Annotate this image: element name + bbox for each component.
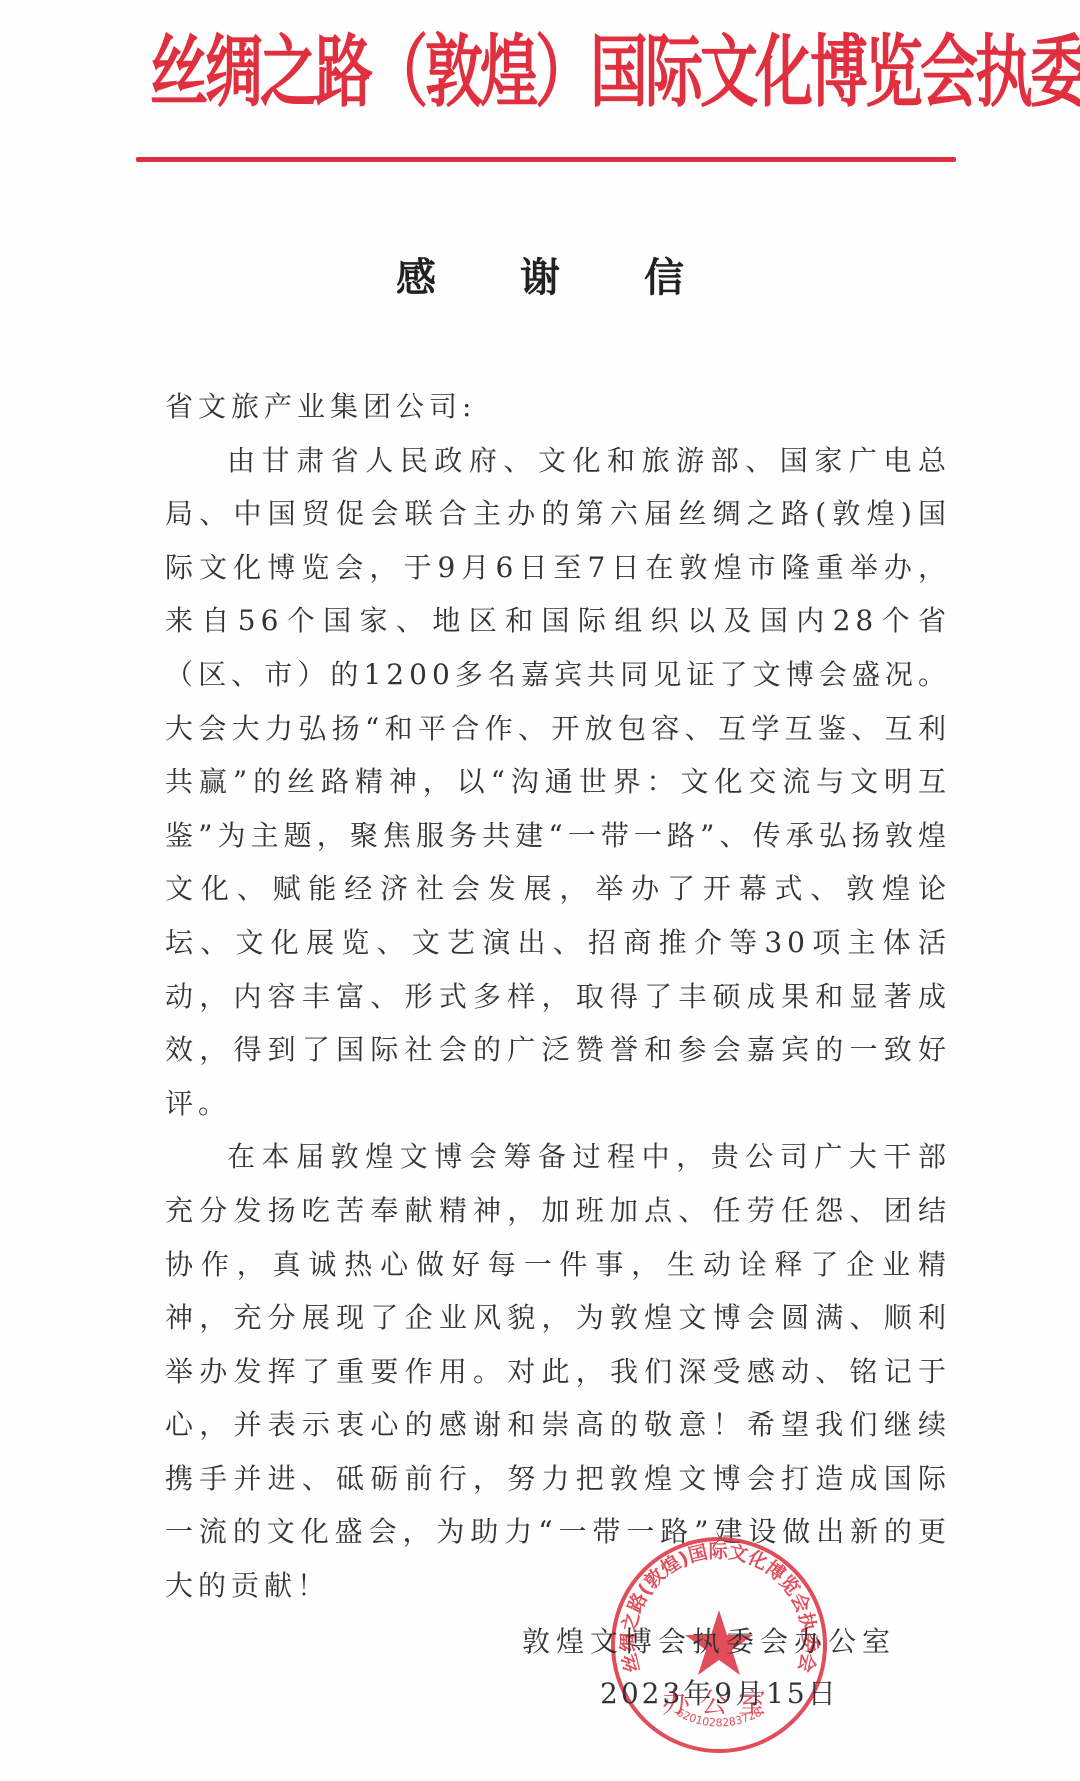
signature-date: 2023年9月15日 — [600, 1672, 839, 1712]
letterhead-divider — [136, 157, 956, 162]
document-title: 感谢信 — [0, 258, 1080, 298]
letter-page: 丝绸之路（敦煌）国际文化博览会执委会办公室 感谢信 省文旅产业集团公司: 由甘肃… — [0, 0, 1080, 1781]
salutation: 省文旅产业集团公司: — [165, 380, 951, 434]
letterhead-title: 丝绸之路（敦煌）国际文化博览会执委会办公室 — [150, 5, 950, 140]
paragraph: 在本届敦煌文博会筹备过程中，贵公司广大干部充分发扬吃苦奉献精神，加班加点、任劳任… — [165, 1130, 951, 1612]
signature-org: 敦煌文博会执委会办公室 — [522, 1620, 896, 1660]
letter-body: 省文旅产业集团公司: 由甘肃省人民政府、文化和旅游部、国家广电总局、中国贸促会联… — [165, 380, 951, 1613]
paragraph: 由甘肃省人民政府、文化和旅游部、国家广电总局、中国贸促会联合主办的第六届丝绸之路… — [165, 434, 951, 1131]
